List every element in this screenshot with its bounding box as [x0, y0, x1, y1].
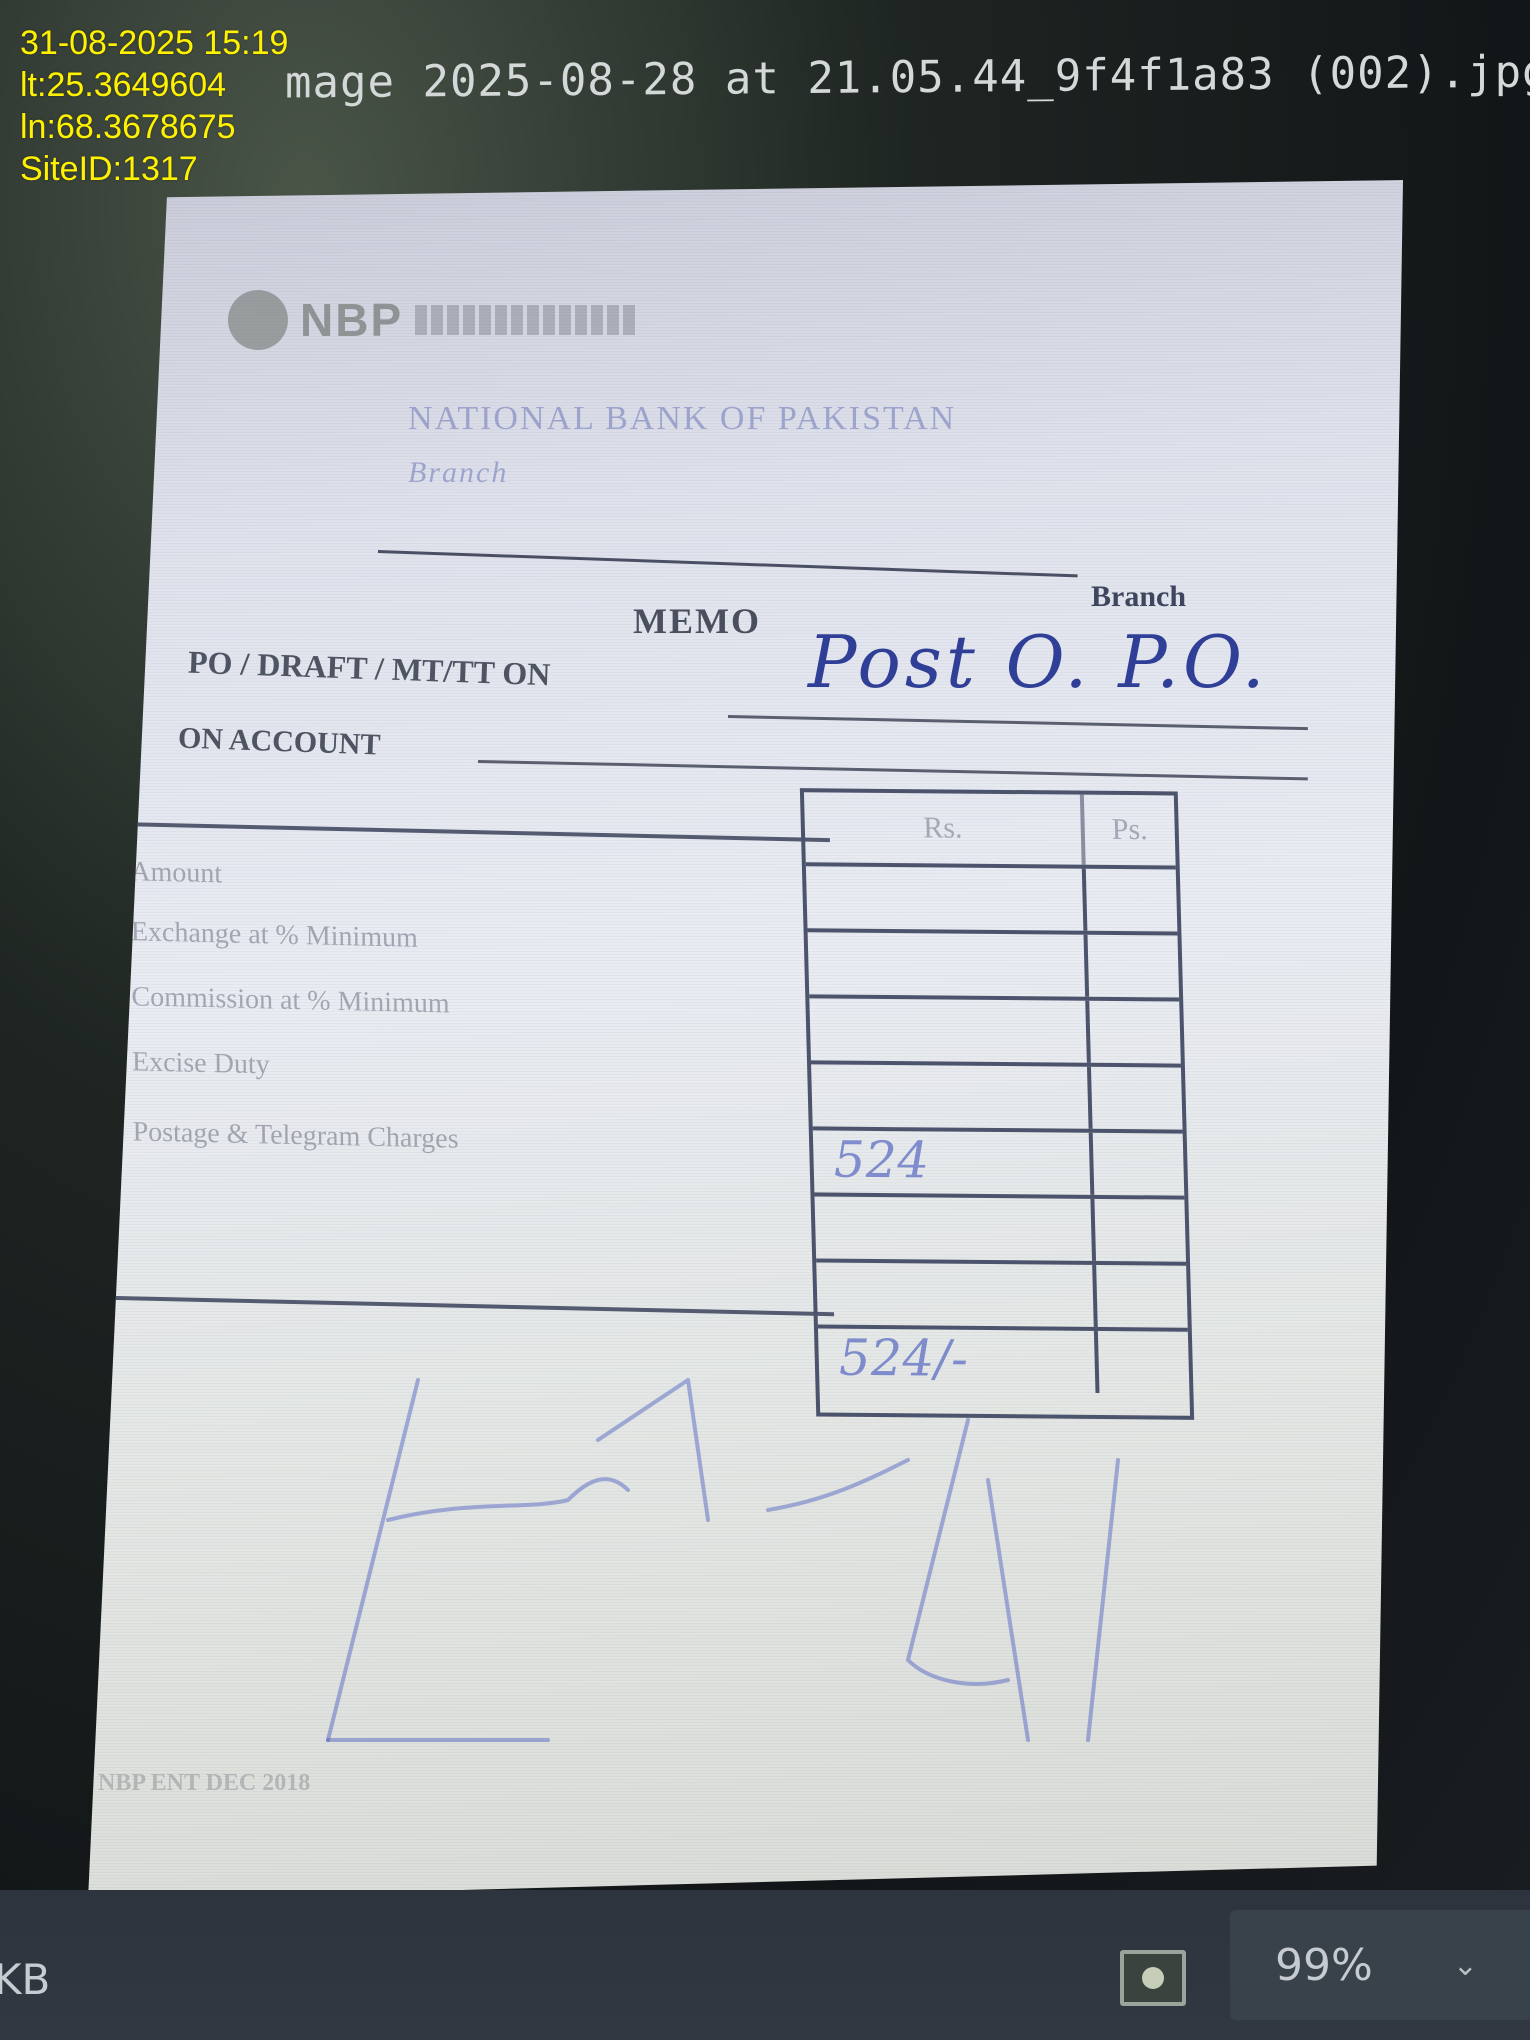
table-row: 524: [813, 1130, 1185, 1199]
po-handwritten-value: Post O. P.O.: [808, 620, 1269, 704]
camera-geotag-overlay: 31-08-2025 15:19 lt:25.3649604 ln:68.367…: [20, 22, 288, 190]
amount-columns: Rs. Ps. 524 524/-: [800, 788, 1194, 1420]
postage-value: 524: [833, 1131, 930, 1190]
handwritten-signature: [268, 1360, 1268, 1780]
row-label: Excise Duty: [132, 1046, 270, 1081]
table-row: [811, 1064, 1183, 1133]
overlay-latitude: lt:25.3649604: [20, 64, 288, 106]
overlay-datetime: 31-08-2025 15:19: [20, 22, 288, 64]
table-row: [808, 932, 1180, 1001]
logo-subtitle: [415, 305, 635, 335]
ps-header: Ps.: [1084, 795, 1176, 866]
viewer-status-bar: KB 99% ⌄: [0, 1890, 1530, 2040]
branch-label: Branch: [1091, 580, 1186, 614]
table-row: [816, 1262, 1188, 1331]
table-row: 524/-: [818, 1329, 1189, 1394]
row-label: Exchange at % Minimum: [131, 916, 418, 955]
nbp-logo-icon: [228, 290, 288, 350]
image-canvas[interactable]: NBP NATIONAL BANK OF PAKISTAN Branch Bra…: [0, 150, 1530, 1890]
viewer-file-title: mage 2025-08-28 at 21.05.44_9f4f1a83 (00…: [285, 46, 1530, 108]
total-value: 524/-: [838, 1329, 969, 1388]
stamp-line1: NATIONAL BANK OF PAKISTAN: [408, 400, 956, 438]
file-size-label: KB: [0, 1955, 50, 2004]
on-account-label: ON ACCOUNT: [177, 721, 381, 762]
table-row: [809, 998, 1181, 1067]
overlay-site-id: SiteID:1317: [20, 148, 288, 190]
zoom-level-value: 99%: [1275, 1940, 1373, 1991]
po-underline: [728, 715, 1308, 730]
stamp-line2: Branch: [408, 456, 956, 490]
branch-underline: [378, 550, 1078, 577]
table-row: [815, 1196, 1187, 1265]
charges-label-table: Amount Exchange at % Minimum Commission …: [106, 822, 834, 1317]
table-row: [806, 866, 1178, 935]
zoom-level-dropdown[interactable]: 99% ⌄: [1230, 1910, 1530, 2020]
overlay-longitude: ln:68.3678675: [20, 106, 288, 148]
account-underline: [478, 760, 1308, 780]
rs-header: Rs.: [804, 792, 1086, 864]
po-draft-label: PO / DRAFT / MT/TT ON: [187, 644, 550, 694]
logo-text: NBP: [300, 293, 403, 347]
nbp-logo: NBP: [228, 290, 635, 350]
branch-stamp: NATIONAL BANK OF PAKISTAN Branch: [408, 400, 956, 490]
chevron-down-icon: ⌄: [1453, 1948, 1478, 1983]
form-footer-code: NBP ENT DEC 2018: [98, 1770, 310, 1797]
row-label: Amount: [130, 856, 222, 890]
row-label: Commission at % Minimum: [131, 981, 449, 1020]
fit-to-window-button[interactable]: [1120, 1950, 1186, 2006]
memo-title: MEMO: [633, 600, 761, 642]
row-label: Postage & Telegram Charges: [132, 1116, 458, 1155]
fit-to-window-icon: [1142, 1967, 1164, 1989]
scanned-memo-document: NBP NATIONAL BANK OF PAKISTAN Branch Bra…: [88, 180, 1403, 1900]
